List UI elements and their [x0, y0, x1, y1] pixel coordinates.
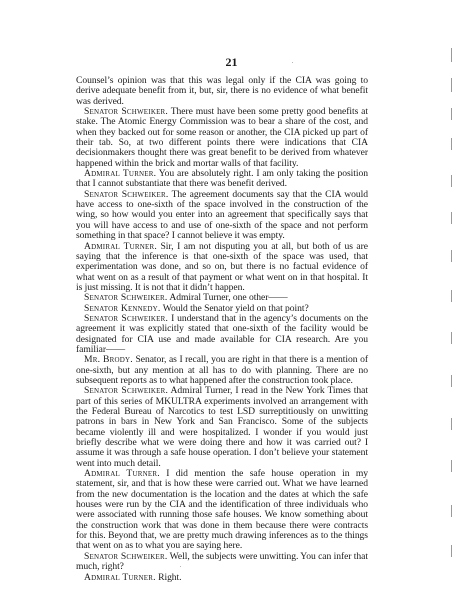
speaker-name: Senator Schweiker. [84, 292, 168, 303]
paragraph-text: Would the Senator yield on that point? [161, 303, 309, 314]
page-number-text: 21 [226, 55, 238, 70]
scan-mark [451, 375, 452, 387]
scan-mark [451, 175, 452, 187]
transcript-body: Counsel’s opinion was that this was lega… [76, 76, 368, 583]
paragraph: Admiral Turner. I did mention the safe h… [76, 469, 368, 552]
scan-mark [451, 418, 452, 430]
speaker-name: Admiral Turner. [84, 572, 156, 583]
speaker-name: Senator Schweiker. [84, 385, 168, 396]
scan-mark [451, 212, 452, 224]
paragraph: Senator Schweiker. I understand that in … [76, 314, 368, 355]
page-number: 21 [0, 55, 463, 70]
paragraph: Admiral Turner. Sir, I am not disputing … [76, 242, 368, 294]
speaker-name: Admiral Turner. [84, 168, 156, 179]
scan-mark [451, 332, 452, 344]
scan-margin-artifacts [449, 40, 455, 599]
speaker-name: Senator Schweiker. [84, 189, 168, 200]
scan-speck [292, 62, 293, 63]
paragraph: Senator Schweiker. The agreement documen… [76, 190, 368, 242]
paragraph: Senator Schweiker. Admiral Turner, I rea… [76, 386, 368, 469]
scan-mark [451, 290, 452, 302]
speaker-name: Senator Schweiker. [84, 313, 168, 324]
scan-mark [451, 108, 452, 120]
paragraph-text: Right. [156, 572, 182, 583]
scan-mark [451, 78, 452, 92]
speaker-name: Senator Schweiker. [84, 106, 168, 117]
speaker-name: Senator Kennedy. [84, 303, 161, 314]
scan-speck [110, 568, 111, 569]
paragraph-text: Admiral Turner, one other—— [168, 292, 288, 303]
speaker-name: Admiral Turner. [84, 241, 157, 252]
speaker-name: Mr. Brody. [84, 354, 133, 365]
scan-mark [451, 545, 452, 557]
scan-mark [451, 48, 452, 62]
paragraph: Admiral Turner. Right. [76, 573, 368, 583]
paragraph: Admiral Turner. You are absolutely right… [76, 169, 368, 190]
speaker-name: Senator Schweiker. [84, 551, 168, 562]
paragraph-text: There must have been some pretty good be… [76, 106, 368, 169]
paragraph: Mr. Brody. Senator, as I recall, you are… [76, 355, 368, 386]
scan-mark [451, 460, 452, 472]
paragraph: Counsel’s opinion was that this was lega… [76, 76, 368, 107]
paragraph: Senator Schweiker. Well, the subjects we… [76, 552, 368, 573]
speaker-name: Admiral Turner. [84, 468, 160, 479]
scan-mark [451, 138, 452, 150]
paragraph-text: Counsel’s opinion was that this was lega… [76, 75, 368, 107]
paragraph: Senator Schweiker. There must have been … [76, 107, 368, 169]
paragraph-text: I did mention the safe house operation i… [76, 468, 368, 551]
scan-mark [451, 250, 452, 262]
scan-speck [180, 566, 181, 567]
scan-mark [451, 505, 452, 517]
paragraph-text: Admiral Turner, I read in the New York T… [76, 385, 368, 468]
